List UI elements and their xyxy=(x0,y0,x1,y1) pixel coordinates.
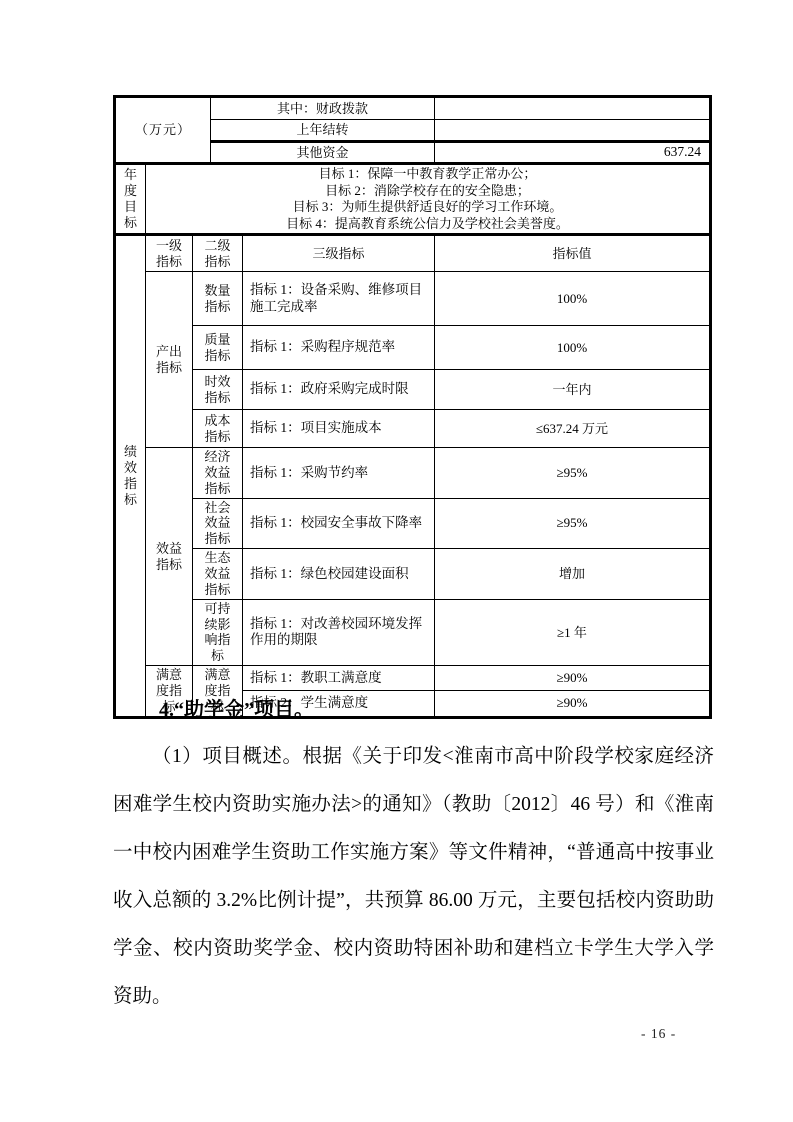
table-row: （万元） 其中：财政拨款 xyxy=(116,98,710,120)
table-row: 满意 度指 标 满意 度指 标 指标 1：教职工满意度 ≥90% xyxy=(116,666,710,691)
table-row: 可持 续影 响指 标 指标 1：对改善校园环境发挥作用的期限 ≥1 年 xyxy=(116,599,710,665)
col-header-level1: 一级 指标 xyxy=(146,236,193,272)
goal-line: 目标 2：消除学校存在的安全隐患； xyxy=(148,183,707,200)
level2-cell: 数量 指标 xyxy=(193,272,243,326)
fund-row-label: 其他资金 xyxy=(211,142,435,163)
level3-cell: 指标 1：政府采购完成时限 xyxy=(243,370,435,410)
table-row: 成本 指标 指标 1：项目实施成本 ≤637.24 万元 xyxy=(116,410,710,448)
level2-cell: 成本 指标 xyxy=(193,410,243,448)
level3-cell: 指标 1：对改善校园环境发挥作用的期限 xyxy=(243,599,435,665)
fund-table: （万元） 其中：财政拨款 上年结转 其他资金 637.24 xyxy=(115,97,710,163)
table-row: 社会 效益 指标 指标 1：校园安全事故下降率 ≥95% xyxy=(116,498,710,549)
performance-side-header: 绩 效 指 标 xyxy=(116,236,146,717)
col-header-level2: 二级 指标 xyxy=(193,236,243,272)
annual-goals-table: 年 度 目 标 目标 1：保障一中教育教学正常办公； 目标 2：消除学校存在的安… xyxy=(115,163,710,235)
value-cell: ≤637.24 万元 xyxy=(435,410,710,448)
level1-cell: 产出 指标 xyxy=(146,272,193,448)
level3-cell: 指标 1：设备采购、维修项目施工完成率 xyxy=(243,272,435,326)
level2-cell: 经济 效益 指标 xyxy=(193,448,243,499)
table-row: 生态 效益 指标 指标 1：绿色校园建设面积 增加 xyxy=(116,549,710,600)
fund-row-label: 上年结转 xyxy=(211,120,435,142)
level2-cell: 生态 效益 指标 xyxy=(193,549,243,600)
value-cell: 100% xyxy=(435,326,710,370)
table-row: 质量 指标 指标 1：采购程序规范率 100% xyxy=(116,326,710,370)
table-row: 年 度 目 标 目标 1：保障一中教育教学正常办公； 目标 2：消除学校存在的安… xyxy=(116,164,710,234)
fund-unit-label: （万元） xyxy=(116,98,211,163)
value-cell: ≥95% xyxy=(435,448,710,499)
level3-cell: 指标 1：教职工满意度 xyxy=(243,666,435,691)
fund-row-label: 其中：财政拨款 xyxy=(211,98,435,120)
table-row: 效益 指标 经济 效益 指标 指标 1：采购节约率 ≥95% xyxy=(116,448,710,499)
level3-cell: 指标 1：项目实施成本 xyxy=(243,410,435,448)
annual-goals-header: 年 度 目 标 xyxy=(116,164,146,234)
value-cell: 100% xyxy=(435,272,710,326)
goal-line: 目标 1：保障一中教育教学正常办公； xyxy=(148,166,707,183)
table-row: 时效 指标 指标 1：政府采购完成时限 一年内 xyxy=(116,370,710,410)
value-cell: 增加 xyxy=(435,549,710,600)
document-page: （万元） 其中：财政拨款 上年结转 其他资金 637.24 年 度 目 标 xyxy=(0,0,793,1122)
level2-cell: 可持 续影 响指 标 xyxy=(193,599,243,665)
budget-performance-table: （万元） 其中：财政拨款 上年结转 其他资金 637.24 年 度 目 标 xyxy=(113,95,712,719)
value-cell: ≥90% xyxy=(435,666,710,691)
level1-cell: 效益 指标 xyxy=(146,448,193,666)
section-heading: 4.“助学金”项目。 xyxy=(113,696,714,724)
annual-goals-cell: 目标 1：保障一中教育教学正常办公； 目标 2：消除学校存在的安全隐患； 目标 … xyxy=(146,164,710,234)
col-header-level3: 三级指标 xyxy=(243,236,435,272)
indicators-header-row: 绩 效 指 标 一级 指标 二级 指标 三级指标 指标值 xyxy=(116,236,710,272)
goal-line: 目标 3：为师生提供舒适良好的学习工作环境。 xyxy=(148,199,707,216)
col-header-value: 指标值 xyxy=(435,236,710,272)
level3-cell: 指标 1：采购节约率 xyxy=(243,448,435,499)
value-cell: ≥1 年 xyxy=(435,599,710,665)
level3-cell: 指标 1：绿色校园建设面积 xyxy=(243,549,435,600)
value-cell: ≥95% xyxy=(435,498,710,549)
level2-cell: 时效 指标 xyxy=(193,370,243,410)
level3-cell: 指标 1：采购程序规范率 xyxy=(243,326,435,370)
table-row: 产出 指标 数量 指标 指标 1：设备采购、维修项目施工完成率 100% xyxy=(116,272,710,326)
level2-cell: 质量 指标 xyxy=(193,326,243,370)
indicators-table: 绩 效 指 标 一级 指标 二级 指标 三级指标 指标值 产出 指标 数量 指标… xyxy=(115,235,710,717)
goal-line: 目标 4：提高教育系统公信力及学校社会美誉度。 xyxy=(148,216,707,233)
level2-cell: 社会 效益 指标 xyxy=(193,498,243,549)
level3-cell: 指标 1：校园安全事故下降率 xyxy=(243,498,435,549)
page-number: - 16 - xyxy=(641,1026,676,1042)
fund-row-value xyxy=(435,98,710,120)
body-paragraph: （1）项目概述。根据《关于印发<淮南市高中阶段学校家庭经济困难学生校内资助实施办… xyxy=(113,733,714,1021)
fund-row-value xyxy=(435,120,710,142)
value-cell: 一年内 xyxy=(435,370,710,410)
body-content: 4.“助学金”项目。 （1）项目概述。根据《关于印发<淮南市高中阶段学校家庭经济… xyxy=(113,696,714,1021)
fund-row-value: 637.24 xyxy=(435,142,710,163)
